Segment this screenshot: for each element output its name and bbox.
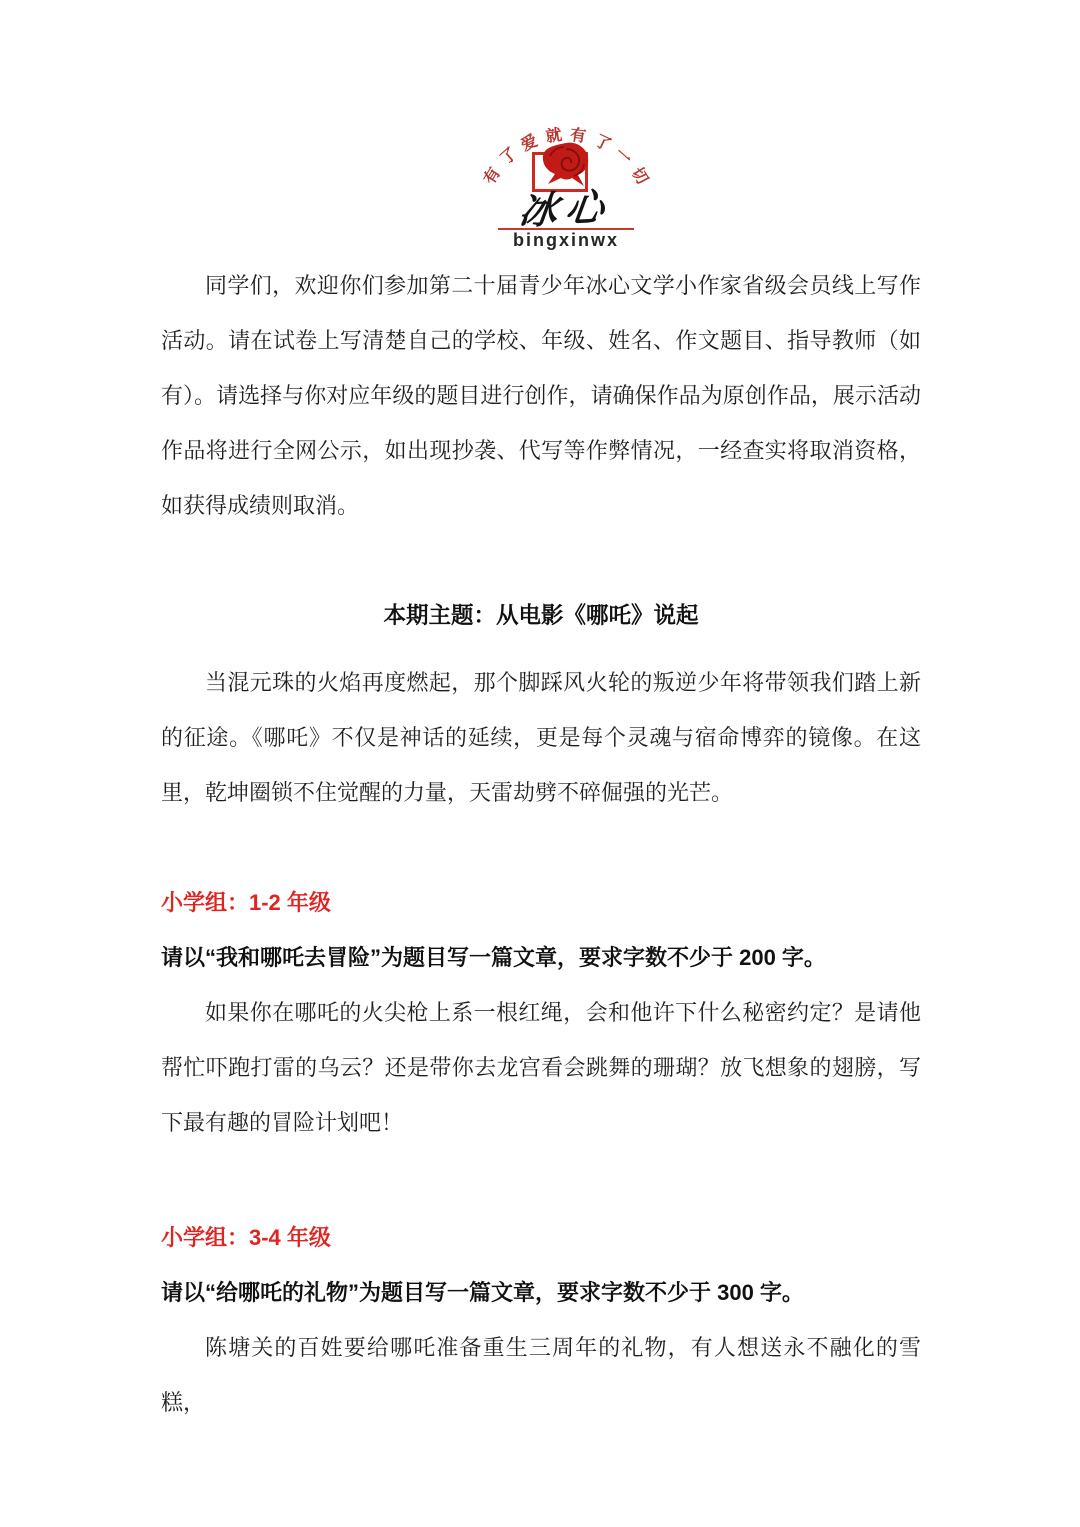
arc-char: 了 — [591, 128, 615, 156]
intro-paragraph: 同学们，欢迎你们参加第二十届青少年冰心文学小作家省级会员线上写作活动。请在试卷上… — [161, 258, 921, 533]
arc-char: 了 — [494, 141, 521, 169]
section-grade-1-2: 小学组：1-2 年级 请以“我和哪吒去冒险”为题目写一篇文章，要求字数不少于 2… — [161, 875, 921, 1150]
bingxin-logo: 有 了 爱 就 有 了 一 切 冰心 bingxinwx — [486, 120, 646, 254]
theme-paragraph: 当混元珠的火焰再度燃起，那个脚踩风火轮的叛逆少年将带领我们踏上新的征途。《哪吒》… — [161, 655, 921, 820]
section-group-heading: 小学组：3-4 年级 — [161, 1210, 921, 1265]
section-grade-3-4: 小学组：3-4 年级 请以“给哪吒的礼物”为题目写一篇文章，要求字数不少于 30… — [161, 1210, 921, 1430]
section-body: 如果你在哪吒的火尖枪上系一根红绳，会和他许下什么秘密约定？是请他帮忙吓跑打雷的乌… — [161, 985, 921, 1150]
section-body: 陈塘关的百姓要给哪吒准备重生三周年的礼物，有人想送永不融化的雪糕， — [161, 1320, 921, 1430]
section-task: 请以“我和哪吒去冒险”为题目写一篇文章，要求字数不少于 200 字。 — [161, 930, 921, 985]
section-task: 请以“给哪吒的礼物”为题目写一篇文章，要求字数不少于 300 字。 — [161, 1265, 921, 1320]
logo-calligraphy: 冰心 — [482, 174, 650, 237]
document-content: 同学们，欢迎你们参加第二十届青少年冰心文学小作家省级会员线上写作活动。请在试卷上… — [161, 258, 921, 1430]
theme-heading: 本期主题：从电影《哪吒》说起 — [161, 588, 921, 643]
arc-char: 一 — [610, 141, 637, 169]
document-page: 有 了 爱 就 有 了 一 切 冰心 bingxinwx 同学们，欢迎你们参加第… — [0, 0, 1080, 1527]
section-group-heading: 小学组：1-2 年级 — [161, 875, 921, 930]
